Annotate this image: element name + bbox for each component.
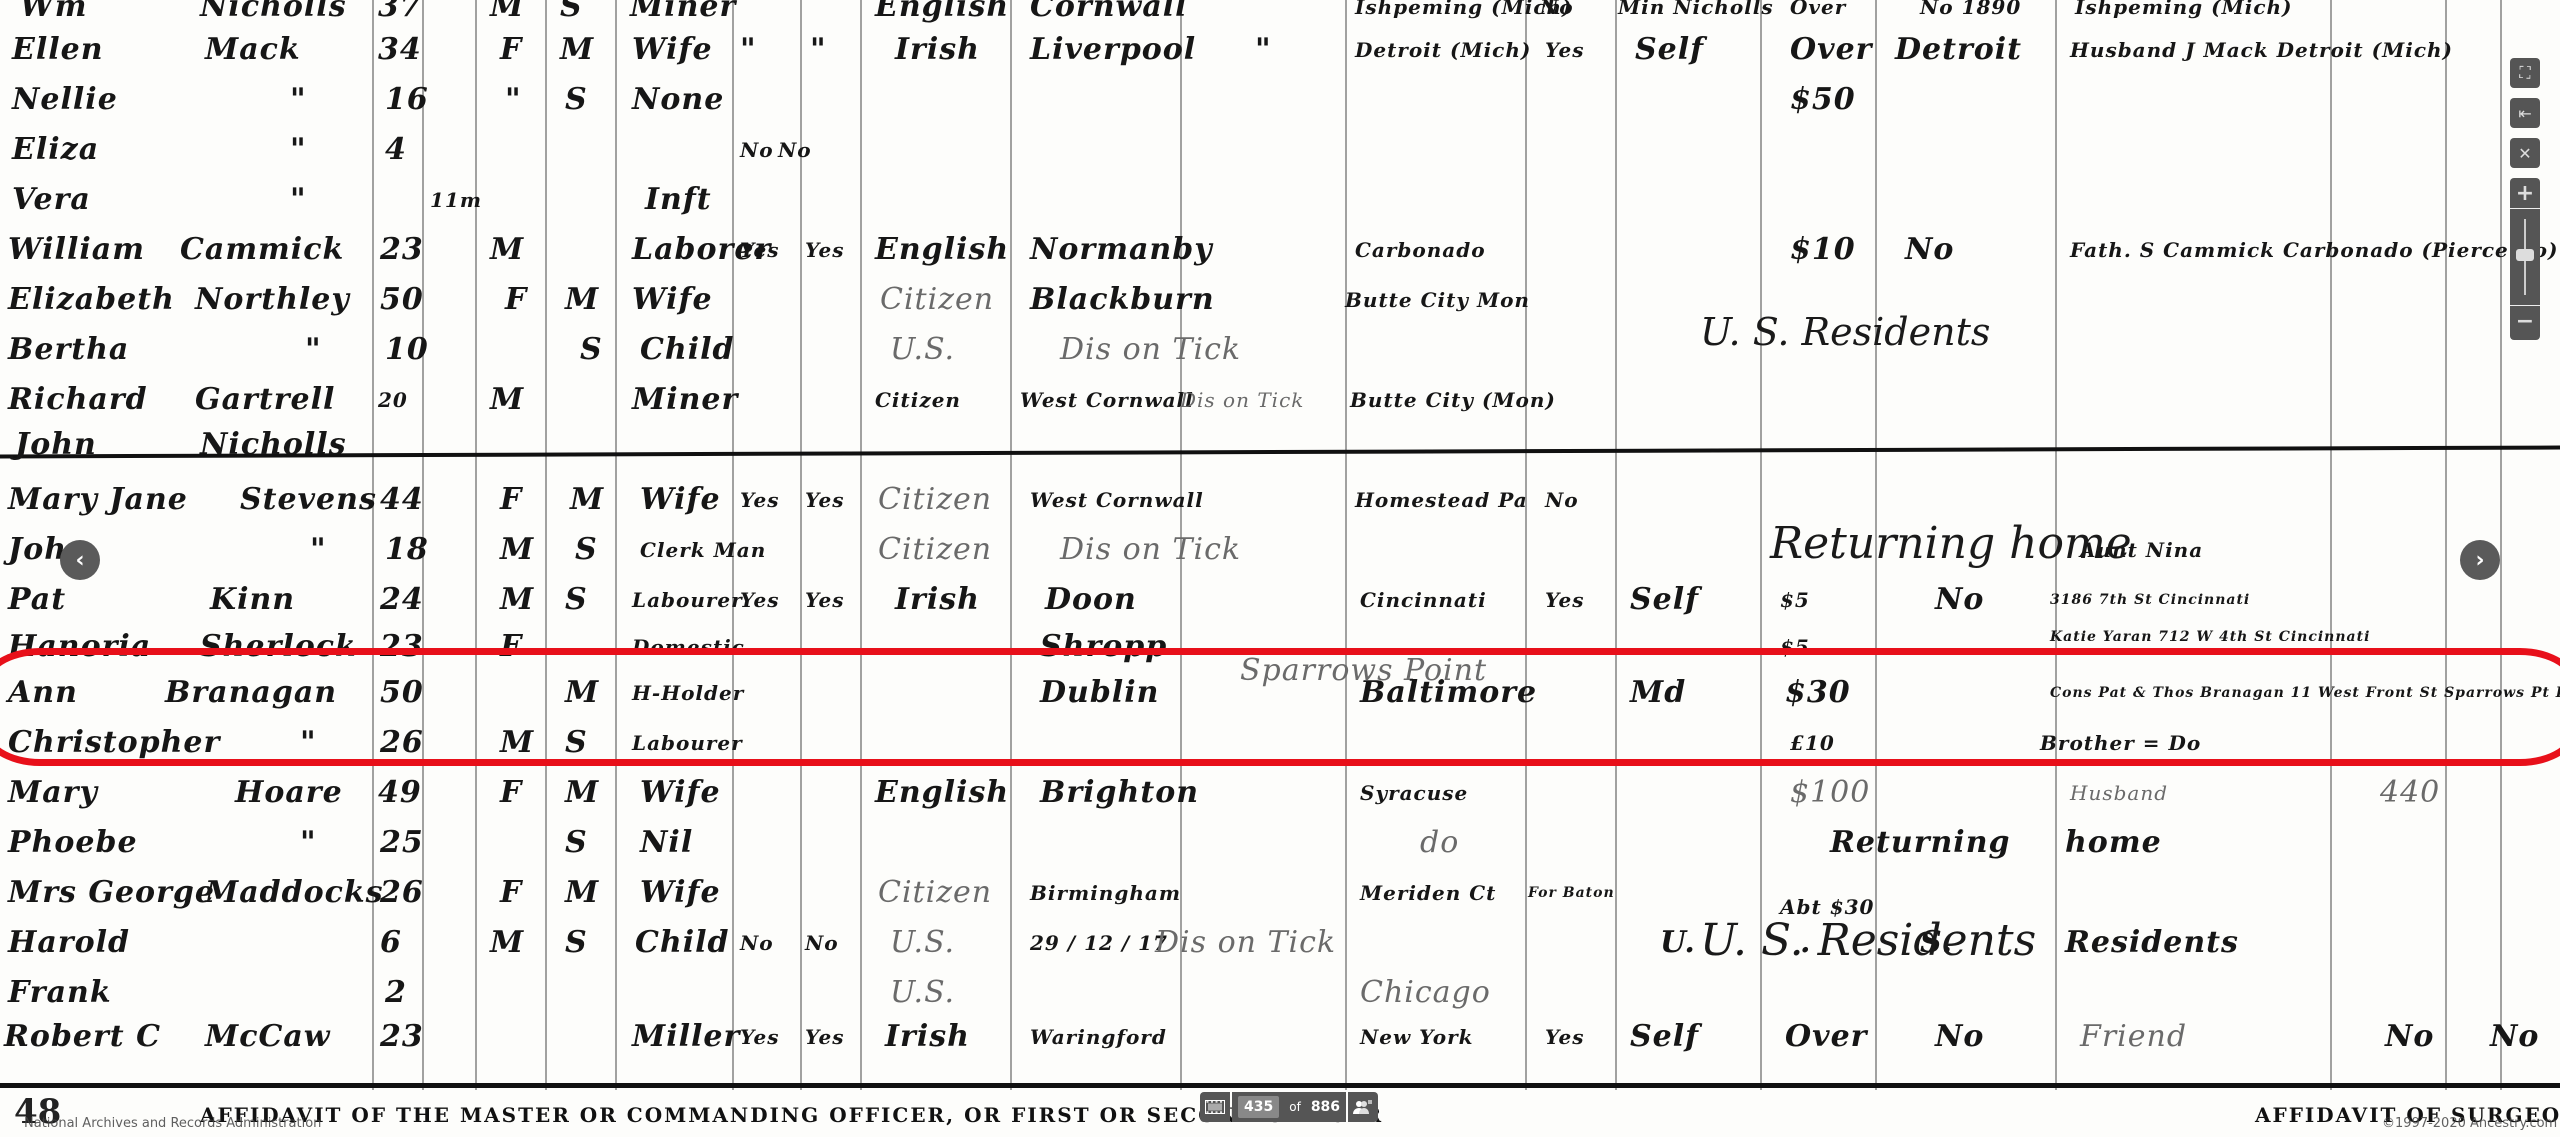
given-name: Ellen [12, 25, 104, 75]
manifest-row: William Cammick 23 M Laborer Yes Yes Eng… [0, 225, 2560, 275]
residence: West Cornwall [1020, 375, 1194, 425]
money: Returning [1830, 818, 2011, 868]
surname: Cammick [180, 225, 344, 275]
filmstrip-button[interactable] [1200, 1092, 1230, 1122]
nationality: Irish [885, 1012, 970, 1062]
age: 11m [430, 175, 482, 225]
manifest-row: Bertha " 10 S Child U.S. Dis on Tick [0, 325, 2560, 375]
age: 23 [380, 1012, 424, 1062]
marital-status: S [580, 325, 603, 375]
residence: Liverpool [1030, 25, 1196, 75]
residence: Doon [1045, 575, 1137, 625]
given-name: William [8, 225, 145, 275]
marital-status: S [565, 818, 588, 868]
destination: Detroit (Mich) [1355, 25, 1531, 75]
next-image-button[interactable]: › [2460, 540, 2500, 580]
surname: Northley [195, 275, 350, 325]
surname: " [290, 125, 307, 175]
money: Over [1785, 1012, 1867, 1062]
marital-status: S [565, 575, 588, 625]
can-write: " [810, 25, 827, 75]
destination: Carbonado [1355, 225, 1486, 275]
zoom-in-button[interactable]: + [2510, 178, 2540, 208]
extra-column: No [2385, 1012, 2434, 1062]
nationality: U.S. [890, 968, 955, 1018]
can-read: No [740, 918, 774, 968]
nationality: Irish [895, 25, 980, 75]
ticket: No [1545, 475, 1579, 525]
sex: F [500, 25, 522, 75]
can-read: Yes [740, 475, 780, 525]
nationality: English [875, 225, 1009, 275]
occupation: Wife [640, 868, 721, 918]
of-label: of [1289, 1100, 1301, 1114]
image-pager: 435 of 886 [1200, 1092, 1378, 1122]
plus-icon: + [2516, 181, 2534, 206]
joining-relative: Husband [2070, 768, 2168, 818]
residence: Dis on Tick [1060, 325, 1241, 375]
marital-status: S [575, 525, 598, 575]
age: 34 [378, 25, 422, 75]
destination: Syracuse [1360, 768, 1468, 818]
residence: Dis on Tick [1060, 525, 1241, 575]
age: 18 [385, 525, 429, 575]
extra-column: No [2490, 1012, 2539, 1062]
margin-note: 440 [2380, 768, 2440, 818]
given-name: Mary [8, 768, 98, 818]
manifest-row: John " 18 M S Clerk Man Citizen Dis on T… [0, 525, 2560, 575]
ticket: Yes [1545, 575, 1585, 625]
can-read: Yes [740, 1012, 780, 1062]
manifest-row: Nellie " 16 " S None $50 [0, 75, 2560, 125]
total-images: 886 [1311, 1099, 1340, 1115]
wrench-screwdriver-icon: ✕ [2518, 144, 2531, 163]
annotation-returning-home: Returning home [1770, 518, 2132, 569]
image-viewer[interactable]: Wm Nicholls 37 M S Miner English Cornwal… [0, 0, 2560, 1137]
given-name: Mary Jane [8, 475, 188, 525]
manifest-page-image: Wm Nicholls 37 M S Miner English Cornwal… [0, 0, 2560, 1137]
paid-by: Self [1635, 25, 1704, 75]
manifest-row: Eliza " 4 No No [0, 125, 2560, 175]
zoom-slider-thumb[interactable] [2516, 249, 2534, 261]
age: 10 [385, 325, 429, 375]
occupation: Child [635, 918, 729, 968]
given-name: Frank [8, 968, 112, 1018]
occupation: Wife [640, 768, 721, 818]
surname: " [310, 525, 327, 575]
given-name: John [15, 420, 97, 470]
surname: Hoare [235, 768, 343, 818]
given-name: Elizabeth [8, 275, 175, 325]
can-read: Yes [740, 225, 780, 275]
image-number-group: 435 of 886 [1232, 1092, 1346, 1122]
manifest-row: Mary Jane Stevens 44 F M Wife Yes Yes Ci… [0, 475, 2560, 525]
occupation: Wife [640, 475, 721, 525]
surname: McCaw [205, 1012, 331, 1062]
can-write: Yes [805, 1012, 845, 1062]
surname: Maddocks [205, 868, 384, 918]
money: $50 [1790, 75, 1856, 125]
chevron-right-icon: › [2475, 548, 2484, 573]
paid-by: Self [1630, 1012, 1699, 1062]
given-name: Pat [8, 575, 66, 625]
surname: " [300, 818, 317, 868]
marital-status: M [560, 25, 594, 75]
manifest-row: Harold 6 M S Child No No U.S. 29 / 12 / … [0, 918, 2560, 968]
zoom-slider[interactable] [2510, 208, 2540, 306]
fullscreen-icon: ⛶ [2519, 63, 2530, 83]
nationality: U.S. [890, 325, 955, 375]
nationality: U.S. [890, 918, 955, 968]
annotation-residents: U. S. Residents [1700, 310, 1990, 354]
residence: West Cornwall [1030, 475, 1204, 525]
age: 26 [380, 868, 424, 918]
been-in-us: No [1905, 225, 1954, 275]
occupation: Labourer [632, 575, 743, 625]
can-read: " [740, 25, 757, 75]
residence: Birmingham [1030, 868, 1181, 918]
footer-rule [0, 1083, 2560, 1088]
age: 23 [380, 225, 424, 275]
chevron-left-icon: ‹ [75, 548, 84, 573]
can-write: No [805, 918, 839, 968]
age: 49 [378, 768, 422, 818]
destination: Butte City Mon [1345, 275, 1530, 325]
destination: Butte City (Mon) [1350, 375, 1556, 425]
nationality: English [875, 768, 1009, 818]
age: 25 [380, 818, 424, 868]
sex: " [505, 75, 522, 125]
marital-status: S [565, 918, 588, 968]
money: $100 [1790, 768, 1870, 818]
given-name: Harold [8, 918, 130, 968]
people-icon [1353, 1099, 1373, 1115]
joining-relative: home [2065, 818, 2162, 868]
manifest-row: Ellen Mack 34 F M Wife " " Irish Liverpo… [0, 25, 2560, 75]
joining-relative: Fath. S Cammick Carbonado (Pierce Co) [2070, 225, 2558, 275]
sex: F [500, 475, 522, 525]
can-write: Yes [805, 475, 845, 525]
manifest-row: Elizabeth Northley 50 F M Wife Citizen B… [0, 275, 2560, 325]
record-highlight-oval [0, 648, 2560, 766]
occupation: Inft [645, 175, 712, 225]
zoom-control: + − [2510, 178, 2540, 340]
residence: 29 / 12 / 17 [1030, 918, 1168, 968]
manifest-row: John Nicholls [0, 420, 2560, 470]
residence: Waringford [1030, 1012, 1167, 1062]
residence: Normanby [1030, 225, 1213, 275]
nationality: Citizen [880, 275, 994, 325]
nationality: Citizen [878, 525, 992, 575]
manifest-row: Phoebe " 25 S Nil do Returning home [0, 818, 2560, 868]
occupation: Nil [640, 818, 693, 868]
occupation: Miner [632, 375, 738, 425]
age: 50 [380, 275, 424, 325]
joining-relative: Residents [2065, 918, 2239, 968]
sex: M [500, 575, 534, 625]
tools-button[interactable]: ✕ [2510, 138, 2540, 168]
money: Over [1790, 25, 1872, 75]
occupation: None [632, 75, 724, 125]
surname: Kinn [210, 575, 295, 625]
age: 16 [385, 75, 429, 125]
can-write: Yes [805, 225, 845, 275]
filmstrip-icon [1205, 1100, 1225, 1114]
ticket: Yes [1545, 1012, 1585, 1062]
joining-relative: Husband J Mack Detroit (Mich) [2070, 25, 2453, 75]
surname: Nicholls [200, 420, 347, 470]
sex: M [500, 525, 534, 575]
sex: F [500, 868, 522, 918]
given-name: Richard [8, 375, 148, 425]
marital-status: M [565, 768, 599, 818]
been-in-us: No [1935, 575, 1984, 625]
age: 2 [385, 968, 407, 1018]
age: 20 [378, 375, 408, 425]
age: 4 [385, 125, 407, 175]
collapse-panel-button[interactable]: ⇤ [2510, 98, 2540, 128]
money: $5 [1780, 575, 1810, 625]
nationality: Citizen [878, 868, 992, 918]
nationality: Citizen [875, 375, 961, 425]
given-name: Robert C [4, 1012, 161, 1062]
surname: Stevens [240, 475, 377, 525]
can-write: No [778, 125, 812, 175]
sex: M [490, 375, 524, 425]
manifest-row: Mrs George Maddocks 26 F M Wife Citizen … [0, 868, 2560, 918]
surname: Mack [205, 25, 301, 75]
index-panel-button[interactable] [1348, 1092, 1378, 1122]
paid-by: U. [1660, 918, 1696, 968]
can-write: Yes [805, 575, 845, 625]
residence: Blackburn [1030, 275, 1215, 325]
marital-status: S [565, 75, 588, 125]
marital-status: M [565, 868, 599, 918]
source-credit: National Archives and Records Administra… [24, 1116, 321, 1131]
marital-status: M [570, 475, 604, 525]
sex: M [490, 918, 524, 968]
occupation: Miller [632, 1012, 740, 1062]
annotation-residents: U. S. Residents [1700, 915, 2036, 966]
ticket: For Baton [1528, 868, 1615, 918]
manifest-row: Mary Hoare 49 F M Wife English Brighton … [0, 768, 2560, 818]
manifest-row: Vera " 11m Inft [0, 175, 2560, 225]
manifest-row: Robert C McCaw 23 Miller Yes Yes Irish W… [0, 1012, 2560, 1062]
state: Dis on Tick [1155, 918, 1336, 968]
state: " [1255, 25, 1272, 75]
zoom-out-button[interactable]: − [2510, 306, 2540, 336]
sex: F [505, 275, 527, 325]
given-name: Vera [12, 175, 91, 225]
given-name: Nellie [12, 75, 118, 125]
ticket: Yes [1545, 25, 1585, 75]
destination: Meriden Ct [1360, 868, 1496, 918]
destination: do [1420, 818, 1459, 868]
surname: " [290, 75, 307, 125]
previous-image-button[interactable]: ‹ [60, 540, 100, 580]
residence: Brighton [1040, 768, 1199, 818]
occupation: Wife [632, 275, 713, 325]
paid-by: Self [1630, 575, 1699, 625]
copyright-notice: ©1997-2020 Ancestry.com [2382, 1116, 2557, 1131]
collapse-left-icon: ⇤ [2518, 104, 2531, 123]
destination: Homestead Pa [1355, 475, 1528, 525]
age: 24 [380, 575, 424, 625]
marital-status: M [565, 275, 599, 325]
state: Dis on Tick [1180, 375, 1304, 425]
sex: M [490, 225, 524, 275]
been-in-us: Detroit [1895, 25, 2022, 75]
destination: New York [1360, 1012, 1473, 1062]
fullscreen-button[interactable]: ⛶ [2510, 58, 2540, 88]
sex: F [500, 768, 522, 818]
occupation: Clerk Man [640, 525, 766, 575]
current-image-input[interactable]: 435 [1238, 1096, 1279, 1118]
destination: Cincinnati [1360, 575, 1487, 625]
given-name: Bertha [8, 325, 129, 375]
given-name: Mrs George [8, 868, 215, 918]
destination: Chicago [1360, 968, 1491, 1018]
minus-icon: − [2516, 309, 2534, 334]
manifest-row: Richard Gartrell 20 M Miner Citizen West… [0, 375, 2560, 425]
nationality: Irish [895, 575, 980, 625]
occupation: Wife [632, 25, 713, 75]
surname: Gartrell [195, 375, 335, 425]
given-name: Eliza [12, 125, 99, 175]
occupation: Child [640, 325, 734, 375]
surname: " [305, 325, 322, 375]
age: 44 [380, 475, 424, 525]
surname: " [290, 175, 307, 225]
given-name: Phoebe [8, 818, 138, 868]
joining-relative: Friend [2080, 1012, 2187, 1062]
age: 6 [380, 918, 402, 968]
can-read: No [740, 125, 774, 175]
nationality: Citizen [878, 475, 992, 525]
manifest-row: Frank 2 U.S. Chicago [0, 968, 2560, 1018]
can-read: Yes [740, 575, 780, 625]
money: $10 [1790, 225, 1856, 275]
been-in-us: No [1935, 1012, 1984, 1062]
